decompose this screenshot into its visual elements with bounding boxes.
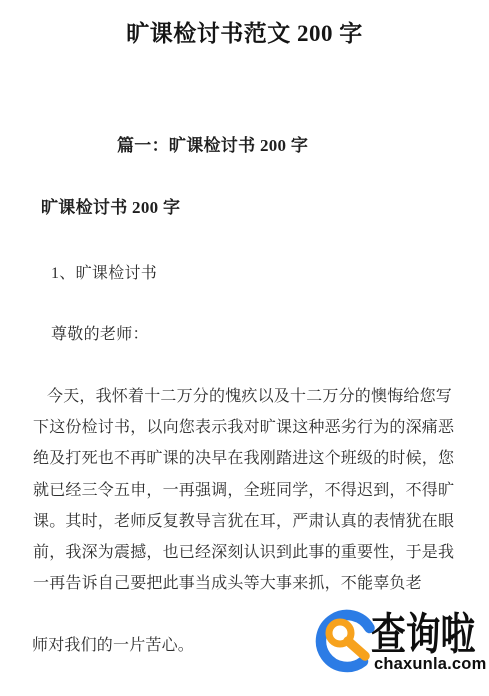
body-line: 今天，我怀着十二万分的愧疚以及十二万分的懊悔给您写: [33, 381, 463, 412]
section-heading: 篇一：旷课检讨书 200 字: [117, 134, 308, 158]
body-line: 就已经三令五申，一再强调，全班同学，不得迟到，不得旷: [33, 475, 463, 506]
body-line: 下这份检讨书，以向您表示我对旷课这种恶劣行为的深痛恶: [33, 412, 463, 443]
list-item-1: 1、旷课检讨书: [51, 262, 157, 286]
salutation: 尊敬的老师：: [51, 323, 149, 347]
subheading: 旷课检讨书 200 字: [41, 196, 180, 220]
brand-name: 查询啦: [371, 612, 475, 658]
body-line: 绝及打死也不再旷课的决早在我刚踏进这个班级的时候，您: [33, 443, 463, 474]
body-line: 课。其时，老师反复教导言犹在耳，严肃认真的表情犹在眼: [33, 506, 463, 537]
magnifier-handle: [348, 641, 365, 656]
brand-domain: chaxunla.com: [374, 654, 486, 674]
body-line: 一再告诉自己要把此事当成头等大事来抓，不能辜负老: [33, 568, 463, 599]
body-line: 前，我深为震撼，也已经深刻认识到此事的重要性，于是我: [33, 537, 463, 568]
page-title: 旷课检讨书范文 200 字: [0, 18, 489, 49]
document-page: 旷课检讨书范文 200 字 篇一：旷课检讨书 200 字 旷课检讨书 200 字…: [0, 0, 489, 696]
watermark-logo: 查询啦 chaxunla.com: [314, 606, 486, 678]
body-paragraph: 今天，我怀着十二万分的愧疚以及十二万分的懊悔给您写 下这份检讨书，以向您表示我对…: [33, 381, 463, 599]
closing-line: 师对我们的一片苦心。: [32, 634, 194, 658]
